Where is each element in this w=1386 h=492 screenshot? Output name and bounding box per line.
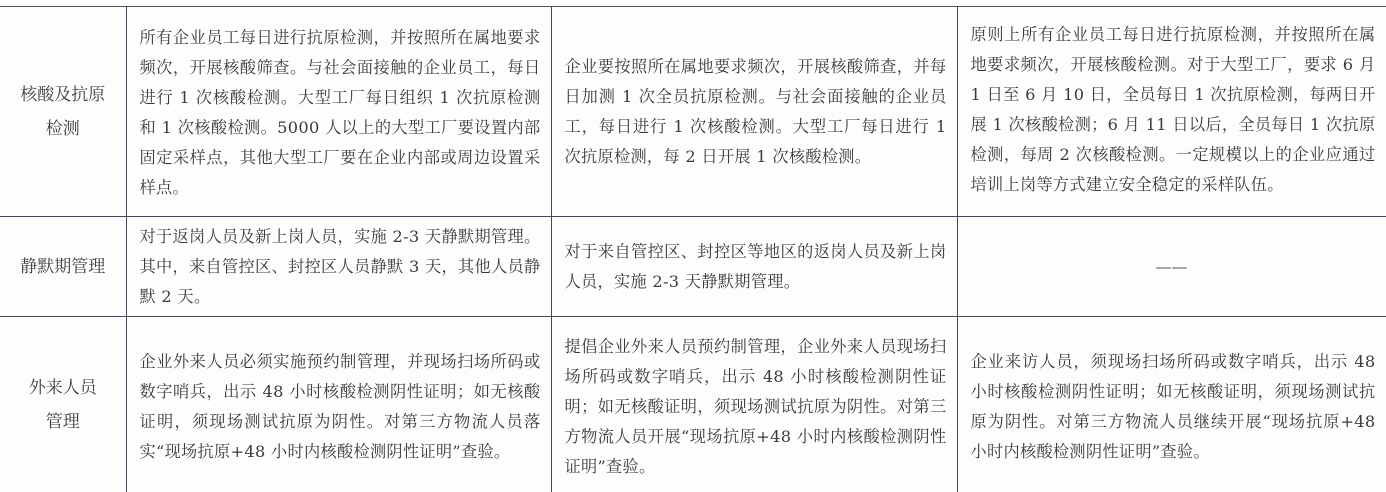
cell-text: 对于返岗人员及新上岗人员，实施 2-3 天静默期管理。其中，来自管控区、封控区人… [127, 222, 551, 312]
empty-dash: —— [958, 257, 1386, 276]
row-label-cell: 外来人员 管理 [0, 317, 126, 492]
table-cell: —— [957, 217, 1386, 317]
table-cell: 原则上所有企业员工每日进行抗原检测，并按照所在属地要求频次，开展核酸检测。对于大… [957, 7, 1386, 217]
row-label-line: 外来人员 [10, 371, 116, 405]
row-label: 静默期管理 [0, 250, 126, 284]
table-cell: 企业来访人员，须现场扫场所码或数字哨兵，出示 48 小时核酸检测阴性证明；如无核… [957, 317, 1386, 492]
cell-text: 所有企业员工每日进行抗原检测，并按照所在属地要求频次，开展核酸筛查。与社会面接触… [127, 21, 551, 203]
table-cell: 企业要按照所在属地要求频次，开展核酸筛查，并每日加测 1 次全员抗原检测。与社会… [551, 7, 957, 217]
row-label: 核酸及抗原 检测 [0, 78, 126, 146]
table-row-quiet-period: 静默期管理 对于返岗人员及新上岗人员，实施 2-3 天静默期管理。其中，来自管控… [0, 217, 1386, 317]
row-label-cell: 静默期管理 [0, 217, 126, 317]
cell-text: 原则上所有企业员工每日进行抗原检测，并按照所在属地要求频次，开展核酸检测。对于大… [958, 20, 1386, 204]
cell-text: 对于来自管控区、封控区等地区的返岗人员及新上岗人员，实施 2-3 天静默期管理。 [552, 237, 957, 297]
table-cell: 企业外来人员必须实施预约制管理，并现场扫场所码或数字哨兵，出示 48 小时核酸检… [126, 317, 551, 492]
table-cell: 对于来自管控区、封控区等地区的返岗人员及新上岗人员，实施 2-3 天静默期管理。 [551, 217, 957, 317]
table-row-testing: 核酸及抗原 检测 所有企业员工每日进行抗原检测，并按照所在属地要求频次，开展核酸… [0, 7, 1386, 217]
cell-text: 企业要按照所在属地要求频次，开展核酸筛查，并每日加测 1 次全员抗原检测。与社会… [552, 52, 957, 172]
table-cell: 提倡企业外来人员预约制管理，企业外来人员现场扫场所码或数字哨兵，出示 48 小时… [551, 317, 957, 492]
table-cell: 所有企业员工每日进行抗原检测，并按照所在属地要求频次，开展核酸筛查。与社会面接触… [126, 7, 551, 217]
row-label-cell: 核酸及抗原 检测 [0, 7, 126, 217]
row-label-line: 检测 [10, 112, 116, 146]
policy-comparison-table: 核酸及抗原 检测 所有企业员工每日进行抗原检测，并按照所在属地要求频次，开展核酸… [0, 6, 1386, 492]
table-row-visitors: 外来人员 管理 企业外来人员必须实施预约制管理，并现场扫场所码或数字哨兵，出示 … [0, 317, 1386, 492]
row-label-line: 静默期管理 [10, 250, 116, 284]
cell-text: 企业外来人员必须实施预约制管理，并现场扫场所码或数字哨兵，出示 48 小时核酸检… [127, 343, 551, 467]
cell-text: 企业来访人员，须现场扫场所码或数字哨兵，出示 48 小时核酸检测阴性证明；如无核… [958, 343, 1386, 467]
row-label-line: 核酸及抗原 [10, 78, 116, 112]
row-label-line: 管理 [10, 405, 116, 439]
row-label: 外来人员 管理 [0, 371, 126, 439]
cell-text: 提倡企业外来人员预约制管理，企业外来人员现场扫场所码或数字哨兵，出示 48 小时… [552, 328, 957, 482]
table-cell: 对于返岗人员及新上岗人员，实施 2-3 天静默期管理。其中，来自管控区、封控区人… [126, 217, 551, 317]
